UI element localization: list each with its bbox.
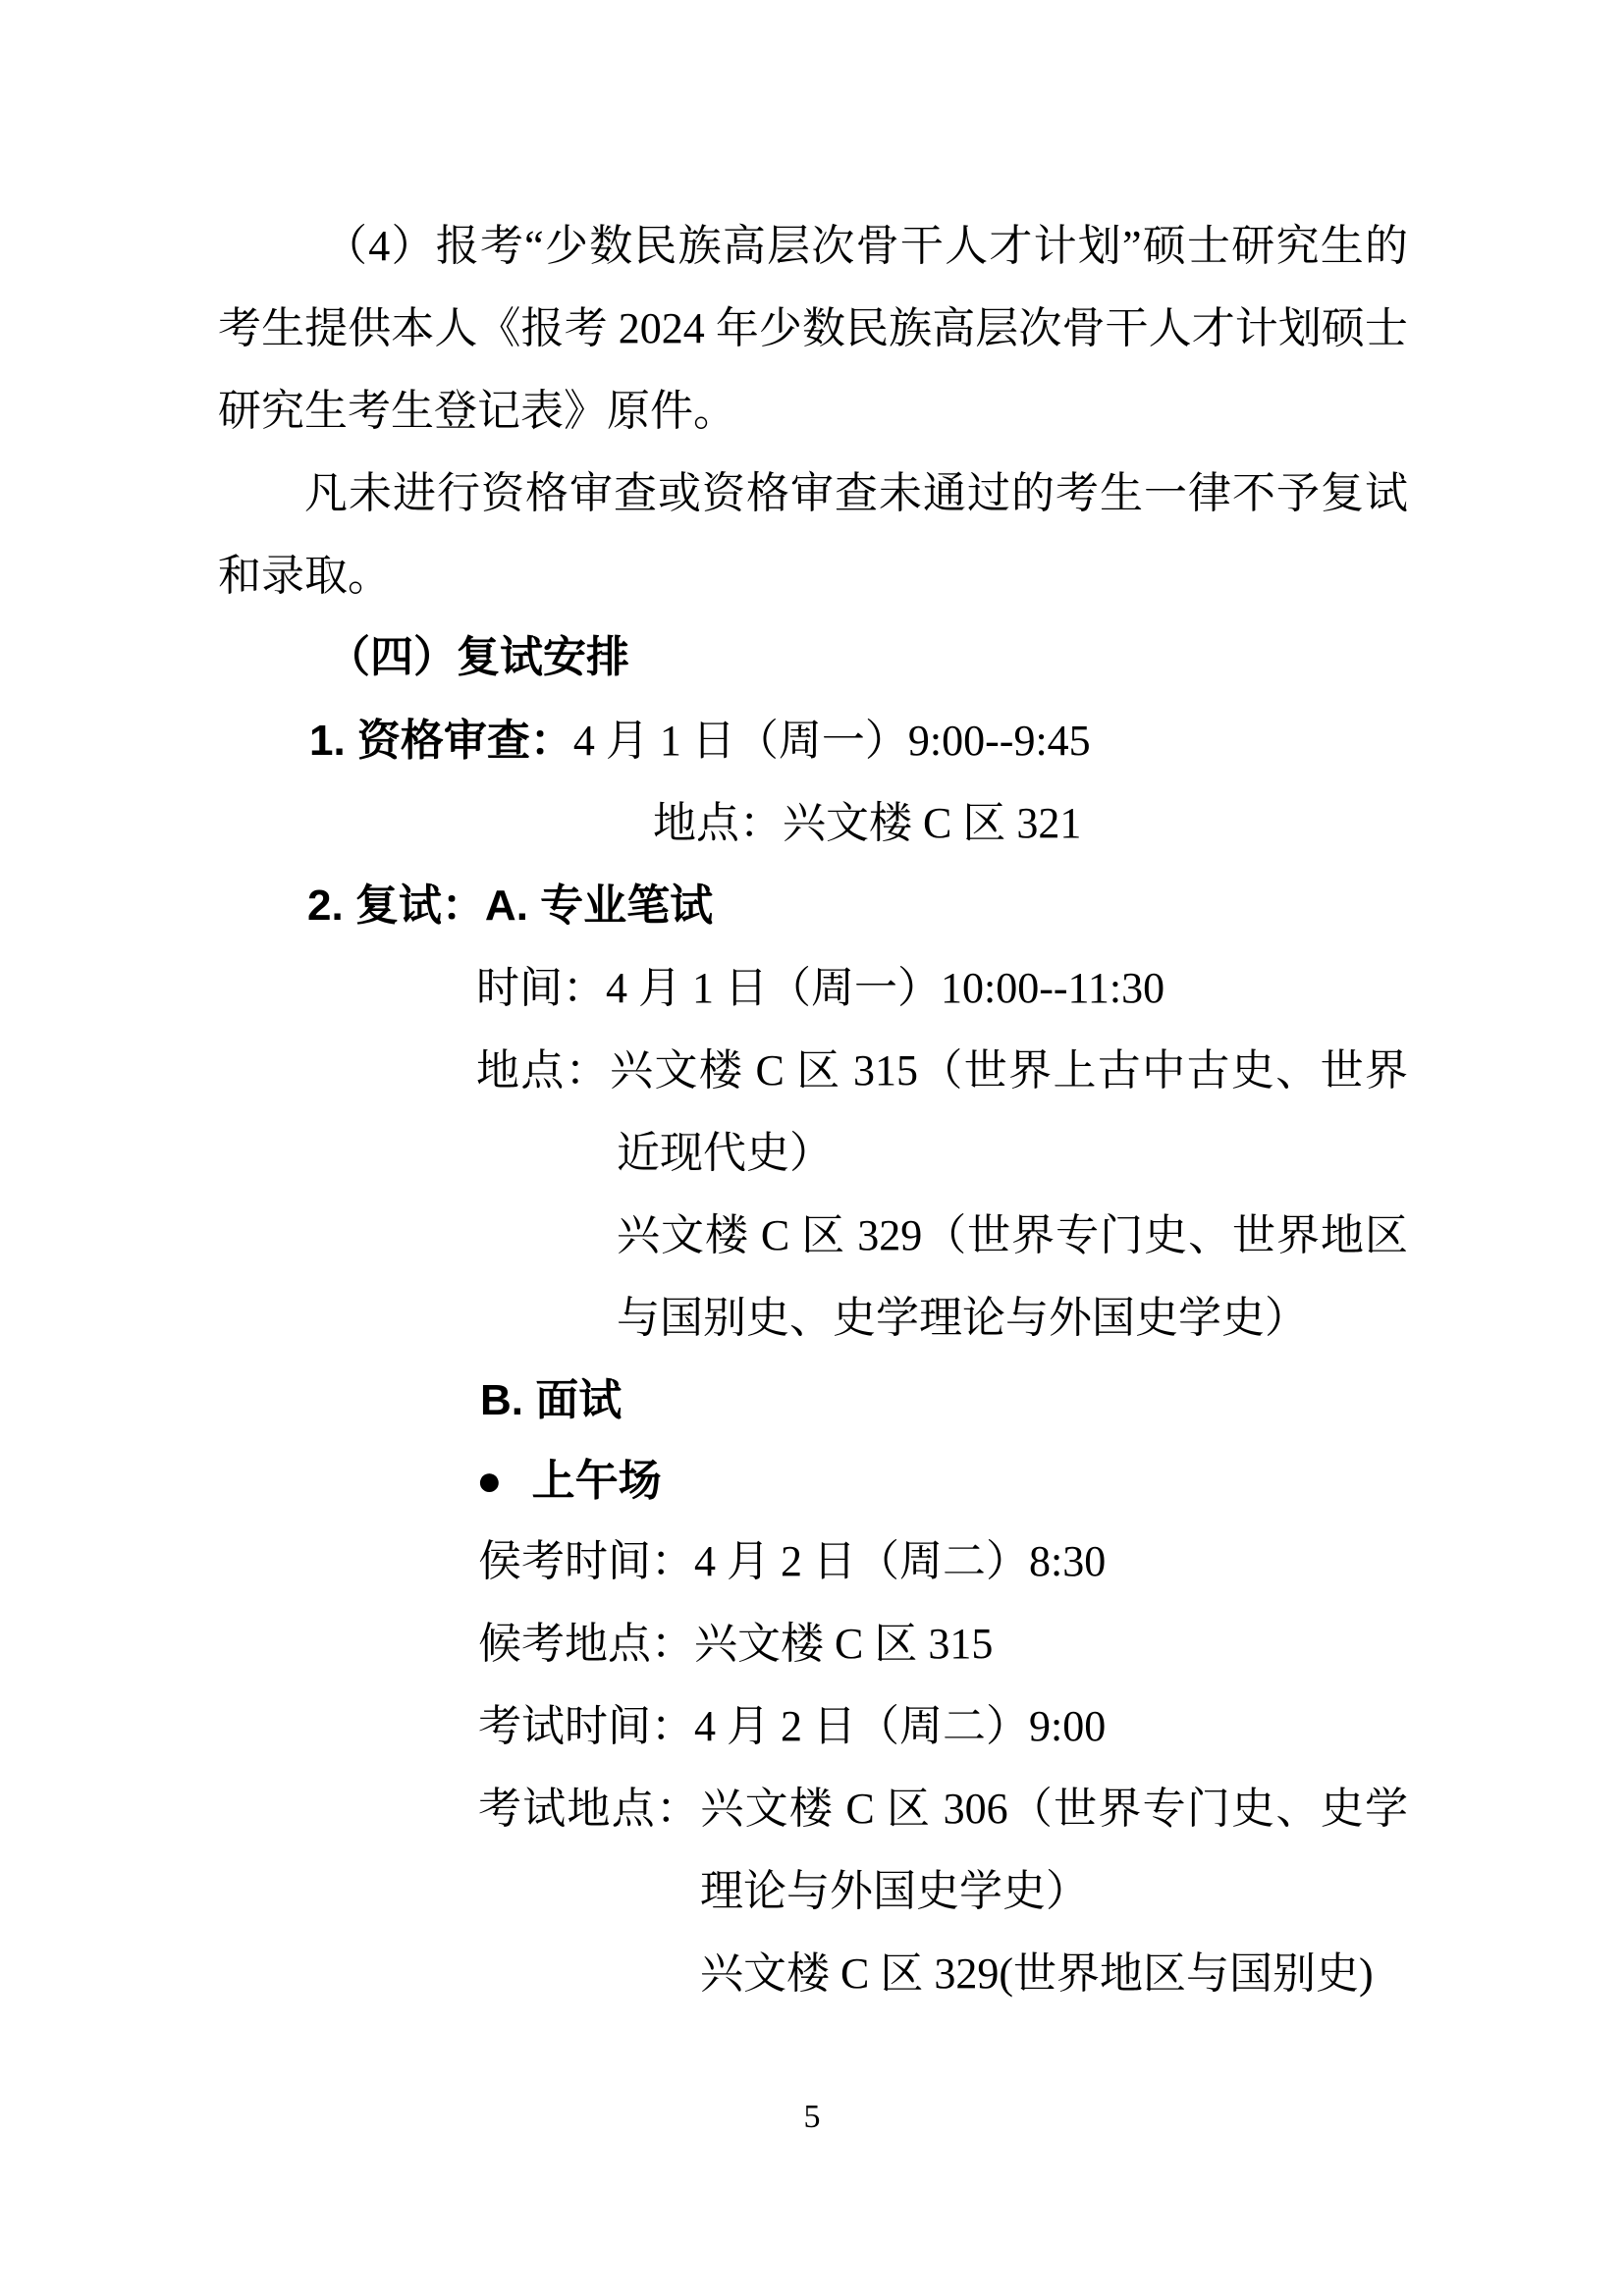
- written-location-line2: 近现代史）: [617, 1129, 833, 1179]
- morning-exam-location-line3: 兴文楼 C 区 329(世界地区与国别史): [700, 1949, 1374, 2000]
- para4-line1: （4）报考“少数民族高层次骨干人才计划”硕士研究生的: [324, 222, 1408, 272]
- bullet-icon: ●: [476, 1457, 503, 1507]
- notice-line1: 凡未进行资格审查或资格审查未通过的考生一律不予复试: [304, 469, 1408, 519]
- para4-line2: 考生提供本人《报考 2024 年少数民族高层次骨干人才计划硕士: [218, 304, 1408, 354]
- notice-line2: 和录取。: [218, 552, 391, 602]
- item1-time: 4 月 1 日（周一）9:00--9:45: [573, 717, 1091, 765]
- morning-exam-location-line1: 考试地点：兴文楼 C 区 306（世界专门史、史学: [478, 1785, 1408, 1835]
- item1-line: 1. 资格审查：4 月 1 日（周一）9:00--9:45: [309, 717, 1091, 767]
- morning-exam-time: 考试时间：4 月 2 日（周二）9:00: [478, 1702, 1106, 1752]
- para4-line3: 研究生考生登记表》原件。: [218, 387, 736, 437]
- part-b-heading: B. 面试: [480, 1376, 622, 1426]
- morning-session-label: 上午场: [532, 1457, 662, 1507]
- morning-exam-location-line2: 理论与外国史学史）: [700, 1867, 1089, 1917]
- item2-part-a-label: A. 专业笔试: [485, 881, 713, 930]
- morning-session-heading: ●上午场: [476, 1457, 662, 1507]
- written-location-line1: 地点：兴文楼 C 区 315（世界上古中古史、世界: [476, 1046, 1408, 1096]
- morning-wait-location: 候考地点：兴文楼 C 区 315: [478, 1620, 993, 1670]
- written-location-line4: 与国别史、史学理论与外国史学史）: [617, 1294, 1308, 1344]
- page-number: 5: [0, 2099, 1624, 2136]
- document-page: （4）报考“少数民族高层次骨干人才计划”硕士研究生的 考生提供本人《报考 202…: [0, 0, 1624, 2296]
- item2-line: 2. 复试：A. 专业笔试: [307, 881, 713, 932]
- item1-location: 地点：兴文楼 C 区 321: [653, 799, 1081, 849]
- item2-label: 2. 复试：: [307, 881, 485, 930]
- written-location-line3: 兴文楼 C 区 329（世界专门史、世界地区: [617, 1211, 1408, 1261]
- written-time: 时间：4 月 1 日（周一）10:00--11:30: [476, 964, 1164, 1014]
- morning-wait-time: 侯考时间：4 月 2 日（周二）8:30: [478, 1537, 1106, 1587]
- section-heading: （四）复试安排: [327, 633, 629, 683]
- item1-label: 1. 资格审查：: [309, 717, 573, 765]
